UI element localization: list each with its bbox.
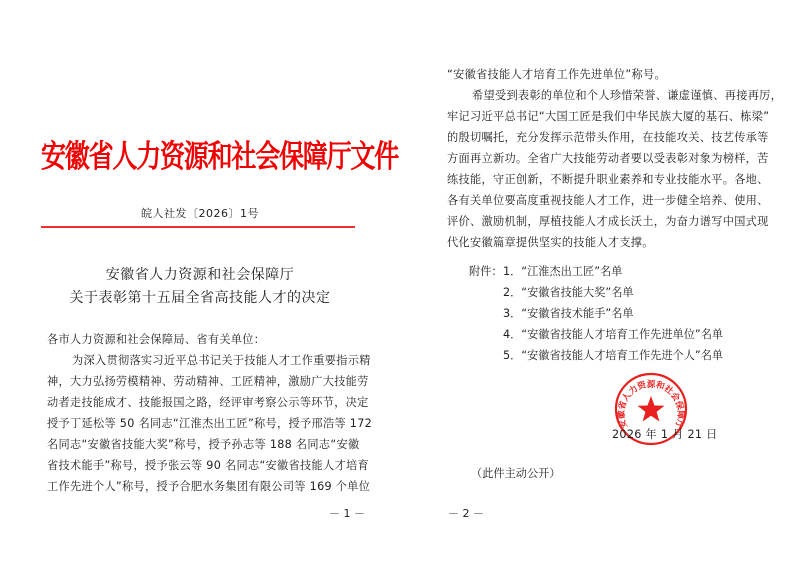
attachment-text: 4．“安徽省技能人才培育工作先进单位”名单 [503,328,723,341]
body-line: “安徽省技能人才培育工作先进单位”称号。 [447,64,782,85]
salutation: 各市人力资源和社会保障局、省有关单位： [47,329,372,350]
document-title-line-2: 关于表彰第十五届全省高技能人才的决定 [0,287,400,307]
body-line: 授予丁延松等 50 名同志“江淮杰出工匠”称号，授予邢浩等 172 [47,413,372,434]
body-line: 代化安徽篇章提供坚实的技能人才支撑。 [447,232,782,253]
body-line: 牢记习近平总书记“大国工匠是我们中华民族大厦的基石、栋梁” [447,106,782,127]
page-1: 安徽省人力资源和社会保障厅文件 皖人社发〔2026〕1号 安徽省人力资源和社会保… [0,0,400,565]
page-2-body: “安徽省技能人才培育工作先进单位”称号。 希望受到表彰的单位和个人珍惜荣誉、谦虚… [447,64,782,253]
body-line: 希望受到表彰的单位和个人珍惜荣誉、谦虚谨慎、再接再厉， [447,85,782,106]
body-line: 的殷切嘱托，充分发挥示范带头作用，在技能攻关、技艺传承等 [447,127,782,148]
body-line: 动者走技能成才、技能报国之路，经评审考察公示等环节，决定 [47,392,372,413]
attachment-item: 3．“安徽省技术能手”名单 [469,303,723,324]
body-line: 神，大力弘扬劳模精神、劳动精神、工匠精神，激励广大技能劳 [47,371,372,392]
attachment-item: 附件：1．“江淮杰出工匠”名单 [469,261,723,282]
attachment-item: 5．“安徽省技能人才培育工作先进个人”名单 [469,345,723,366]
attachments-label: 附件： [469,261,503,282]
attachment-text: 5．“安徽省技能人才培育工作先进个人”名单 [503,349,723,362]
page-number-1: － 1 － [329,505,365,521]
attachment-text: 3．“安徽省技术能手”名单 [503,307,634,320]
body-line: 方面再立新功。全省广大技能劳动者要以受表彰对象为榜样，苦 [447,148,782,169]
disclosure-note: （此件主动公开） [471,465,561,481]
masthead-title: 安徽省人力资源和社会保障厅文件 [41,132,357,182]
body-line: 各有关单位要高度重视技能人才工作，进一步健全培养、使用、 [447,190,782,211]
issue-date: 2026 年 1 月 21 日 [612,426,718,442]
red-divider-line [41,226,355,228]
body-line: 评价、激励机制，厚植技能人才成长沃土，为奋力谱写中国式现 [447,211,782,232]
body-line: 省技术能手”称号，授予张云等 90 名同志“安徽省技能人才培育 [47,455,372,476]
star-icon [638,396,665,422]
attachments-list: 附件：1．“江淮杰出工匠”名单 2．“安徽省技能大奖”名单 3．“安徽省技术能手… [469,261,723,366]
body-line: 为深入贯彻落实习近平总书记关于技能人才工作重要指示精 [47,350,372,371]
body-line: 工作先进个人”称号，授予合肥水务集团有限公司等 169 个单位 [47,476,372,497]
document-title-line-1: 安徽省人力资源和社会保障厅 [0,264,400,284]
body-line: 练技能，守正创新，不断提升职业素养和专业技能水平。各地、 [447,169,782,190]
page-1-body: 各市人力资源和社会保障局、省有关单位： 为深入贯彻落实习近平总书记关于技能人才工… [47,329,372,497]
body-line: 名同志“安徽省技能大奖”称号，授予孙志等 188 名同志“安徽 [47,434,372,455]
attachment-item: 4．“安徽省技能人才培育工作先进单位”名单 [469,324,723,345]
attachment-text: 2．“安徽省技能大奖”名单 [503,286,634,299]
page-number-2: － 2 － [448,505,484,521]
document-number: 皖人社发〔2026〕1号 [0,205,400,221]
attachment-text: 1．“江淮杰出工匠”名单 [503,265,622,278]
attachment-item: 2．“安徽省技能大奖”名单 [469,282,723,303]
